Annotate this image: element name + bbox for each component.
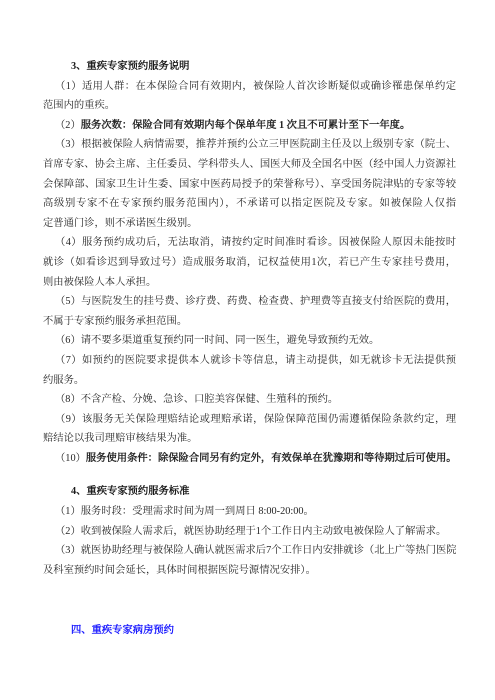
section-4-item-1-line-1: （1）服务时段：受理需求时间为周一到周日 8:00-20:00。 [43,502,456,522]
text-run: （2） [55,120,81,131]
text-run: 会保障部、国家卫生计生委、国家中医药局授予的荣誉称号）、享受国务院津贴的专家等较 [43,179,456,190]
text-run: 服务次数：保险合同有效期内每个保单年度 1 次且不可累计至下一年度。 [81,120,411,131]
text-run: （9）该服务无关保险理赔结论或理赔承诺，保险保障范围仍需遵循保险条款约定，理 [55,414,456,425]
section-3-item-9-line-1: （9）该服务无关保险理赔结论或理赔承诺，保险保障范围仍需遵循保险条款约定，理 [43,410,456,430]
section-3-item-9: （9）该服务无关保险理赔结论或理赔承诺，保险保障范围仍需遵循保险条款约定，理赔结… [43,410,456,449]
text-run: （3）根据被保险人病情需要，推荐并预约公立三甲医院副主任及以上级别专家（院士、 [55,139,456,150]
text-run: 定普通门诊，则不承诺医生级别。 [43,218,197,229]
section-3-item-2: （2）服务次数：保险合同有效期内每个保单年度 1 次且不可累计至下一年度。 [43,116,456,136]
section-3-heading-line-1: 3、重疾专家预约服务说明 [43,57,456,77]
section-3-item-7: （7）如预约的医院要求提供本人就诊卡等信息，请主动提供，如无就诊卡无法提供预约服… [43,351,456,390]
document-page: 3、重疾专家预约服务说明（1）适用人群：在本保险合同有效期内，被保险人首次诊断疑… [0,0,495,700]
section-4-heading-line-1: 4、重疾专家预约服务标准 [43,482,456,502]
section-3-item-8-line-1: （8）不含产检、分娩、急诊、口腔美容保健、生殖科的预约。 [43,390,456,410]
section-3-heading: 3、重疾专家预约服务说明 [43,57,456,77]
section-3-item-5-line-1: （5）与医院发生的挂号费、诊疗费、药费、检查费、护理费等直接支付给医院的费用， [43,292,456,312]
section-3-item-10: （10）服务使用条件：除保险合同另有约定外，有效保单在犹豫期和等待期过后可使用。 [43,449,456,469]
section-3-item-3-line-2: 首席专家、协会主席、主任委员、学科带头人、国医大师及全国名中医（经中国人力资源社 [43,155,456,175]
text-run: 高级别专家不在专家预约服务范围内），不承诺可以指定医院及专家。如被保险人仅指 [43,198,456,209]
section-3-item-2-line-1: （2）服务次数：保险合同有效期内每个保单年度 1 次且不可累计至下一年度。 [43,116,456,136]
text-run: 则由被保险人本人承担。 [43,277,156,288]
text-run: 4、重疾专家预约服务标准 [71,486,189,497]
section-3-item-5-line-2: 不属于专家预约服务承担范围。 [43,312,456,332]
text-run: 就诊（如看诊迟到导致过号）造成服务取消，记权益使用1次，若已产生专家挂号费用， [43,257,456,268]
text-run: 范围内的重疾。 [43,100,115,111]
section-3-item-4: （4）服务预约成功后，无法取消，请按约定时间准时看诊。因被保险人原因未能按时就诊… [43,233,456,292]
section-3-item-4-line-2: 就诊（如看诊迟到导致过号）造成服务取消，记权益使用1次，若已产生专家挂号费用， [43,253,456,273]
text-run: （1）适用人群：在本保险合同有效期内，被保险人首次诊断疑似或确诊罹患保单约定 [55,81,456,92]
text-run: （10） [55,453,86,464]
section-3-item-5: （5）与医院发生的挂号费、诊疗费、药费、检查费、护理费等直接支付给医院的费用，不… [43,292,456,331]
section-4-item-2-line-1: （2）收到被保险人需求后，就医协助经理于1个工作日内主动致电被保险人了解需求。 [43,522,456,542]
text-run: 四、重疾专家病房预约 [71,625,174,636]
section-3-item-4-line-1: （4）服务预约成功后，无法取消，请按约定时间准时看诊。因被保险人原因未能按时 [43,233,456,253]
section-3-item-3-line-3: 会保障部、国家卫生计生委、国家中医药局授予的荣誉称号）、享受国务院津贴的专家等较 [43,175,456,195]
section-3-item-6-line-1: （6）请不要多渠道重复预约同一时间、同一医生，避免导致预约无效。 [43,331,456,351]
section-3-item-7-line-2: 约服务。 [43,371,456,391]
chapter-4-heading-line-1: 四、重疾专家病房预约 [43,621,456,641]
section-4-item-3-line-1: （3）就医协助经理与被保险人确认就医需求后7个工作日内安排就诊（北上广等热门医院 [43,541,456,561]
text-run: 首席专家、协会主席、主任委员、学科带头人、国医大师及全国名中医（经中国人力资源社 [43,159,456,170]
text-run: （5）与医院发生的挂号费、诊疗费、药费、检查费、护理费等直接支付给医院的费用， [55,296,456,307]
section-4-item-3: （3）就医协助经理与被保险人确认就医需求后7个工作日内安排就诊（北上广等热门医院… [43,541,456,580]
section-3-item-1-line-2: 范围内的重疾。 [43,96,456,116]
section-3-item-3: （3）根据被保险人病情需要，推荐并预约公立三甲医院副主任及以上级别专家（院士、首… [43,135,456,233]
section-4-item-1: （1）服务时段：受理需求时间为周一到周日 8:00-20:00。 [43,502,456,522]
section-3-item-1: （1）适用人群：在本保险合同有效期内，被保险人首次诊断疑似或确诊罹患保单约定范围… [43,77,456,116]
text-run: 服务使用条件：除保险合同另有约定外，有效保单在犹豫期和等待期过后可使用。 [86,453,456,464]
section-3-item-3-line-1: （3）根据被保险人病情需要，推荐并预约公立三甲医院副主任及以上级别专家（院士、 [43,135,456,155]
section-3-item-4-line-3: 则由被保险人本人承担。 [43,273,456,293]
text-run: 3、重疾专家预约服务说明 [71,61,189,72]
text-run: 不属于专家预约服务承担范围。 [43,316,187,327]
text-run: （7）如预约的医院要求提供本人就诊卡等信息，请主动提供，如无就诊卡无法提供预 [55,355,456,366]
text-run: 赔结论以我司理赔审核结果为准。 [43,433,197,444]
section-3-item-7-line-1: （7）如预约的医院要求提供本人就诊卡等信息，请主动提供，如无就诊卡无法提供预 [43,351,456,371]
section-3-item-9-line-2: 赔结论以我司理赔审核结果为准。 [43,429,456,449]
gap-before-chapter-4 [43,580,456,621]
chapter-4-heading: 四、重疾专家病房预约 [43,621,456,641]
section-3-item-8: （8）不含产检、分娩、急诊、口腔美容保健、生殖科的预约。 [43,390,456,410]
section-4-item-3-line-2: 及科室预约时间会延长，具体时间根据医院号源情况安排）。 [43,561,456,581]
text-run: （1）服务时段：受理需求时间为周一到周日 8:00-20:00。 [55,506,314,517]
text-run: （3）就医协助经理与被保险人确认就医需求后7个工作日内安排就诊（北上广等热门医院 [55,545,456,556]
text-run: （4）服务预约成功后，无法取消，请按约定时间准时看诊。因被保险人原因未能按时 [55,237,456,248]
gap-after-section-3 [43,468,456,482]
section-4-heading: 4、重疾专家预约服务标准 [43,482,456,502]
section-3-item-3-line-4: 高级别专家不在专家预约服务范围内），不承诺可以指定医院及专家。如被保险人仅指 [43,194,456,214]
text-run: 约服务。 [43,375,84,386]
text-run: （8）不含产检、分娩、急诊、口腔美容保健、生殖科的预约。 [55,394,338,405]
document-body: 3、重疾专家预约服务说明（1）适用人群：在本保险合同有效期内，被保险人首次诊断疑… [43,57,456,641]
section-3-item-1-line-1: （1）适用人群：在本保险合同有效期内，被保险人首次诊断疑似或确诊罹患保单约定 [43,77,456,97]
text-run: 及科室预约时间会延长，具体时间根据医院号源情况安排）。 [43,565,316,576]
section-3-item-3-line-5: 定普通门诊，则不承诺医生级别。 [43,214,456,234]
section-4-item-2: （2）收到被保险人需求后，就医协助经理于1个工作日内主动致电被保险人了解需求。 [43,522,456,542]
text-run: （6）请不要多渠道重复预约同一时间、同一医生，避免导致预约无效。 [55,335,379,346]
text-run: （2）收到被保险人需求后，就医协助经理于1个工作日内主动致电被保险人了解需求。 [55,526,446,537]
section-3-item-10-line-1: （10）服务使用条件：除保险合同另有约定外，有效保单在犹豫期和等待期过后可使用。 [43,449,456,469]
section-3-item-6: （6）请不要多渠道重复预约同一时间、同一医生，避免导致预约无效。 [43,331,456,351]
